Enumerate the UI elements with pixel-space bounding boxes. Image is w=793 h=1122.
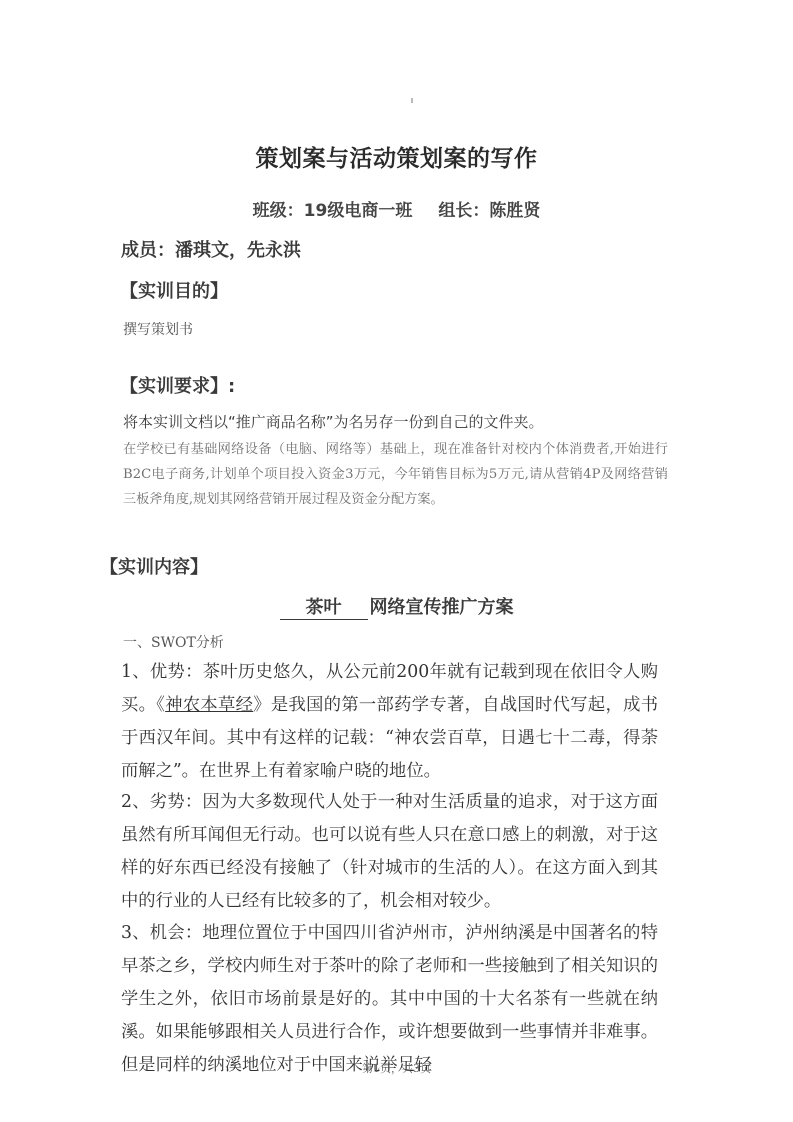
- requirements-paragraph: 在学校已有基础网络设备（电脑、网络等）基础上，现在准备针对校内个体消费者,开始进…: [123, 437, 668, 512]
- plan-title-suffix: 网络宣传推广方案: [370, 597, 514, 618]
- content-heading: 【实训内容】: [100, 553, 208, 579]
- purpose-heading: 【实训目的】: [120, 277, 228, 303]
- leader-label: 组长：陈胜贤: [438, 201, 540, 221]
- purpose-text: 撰写策划书: [123, 319, 193, 339]
- class-leader-line: 班级：19级电商一班组长：陈胜贤: [0, 196, 793, 221]
- swot-heading: 一、SWOT分析: [123, 632, 224, 652]
- members-line: 成员：潘琪文，先永洪: [121, 236, 301, 262]
- swot-weakness-paragraph: 2、劣势：因为大多数现代人处于一种对生活质量的追求，对于这方面虽然有所耳闻但无行…: [121, 786, 658, 918]
- book-title-link: 神农本草经: [165, 695, 253, 715]
- requirements-heading: 【实训要求】:: [120, 372, 235, 398]
- scan-mark: [411, 98, 413, 103]
- plan-product-blank: 茶叶: [280, 593, 368, 620]
- document-title: 策划案与活动策划案的写作: [0, 140, 793, 173]
- swot-opportunity-paragraph: 3、机会：地理位置位于中国四川省泸州市，泸州纳溪是中国著名的特早茶之乡，学校内师…: [121, 917, 658, 1082]
- plan-title: 茶叶网络宣传推广方案: [0, 593, 793, 620]
- page-footer: 第1页，共3页: [0, 1060, 793, 1076]
- swot-strength-paragraph: 1、优势：茶叶历史悠久，从公元前200年就有记载到现在依旧令人购买。《神农本草经…: [121, 656, 658, 788]
- class-label: 班级：19级电商一班: [253, 201, 413, 221]
- requirements-line: 将本实训文档以“推广商品名称”为名另存一份到自己的文件夹。: [123, 411, 544, 432]
